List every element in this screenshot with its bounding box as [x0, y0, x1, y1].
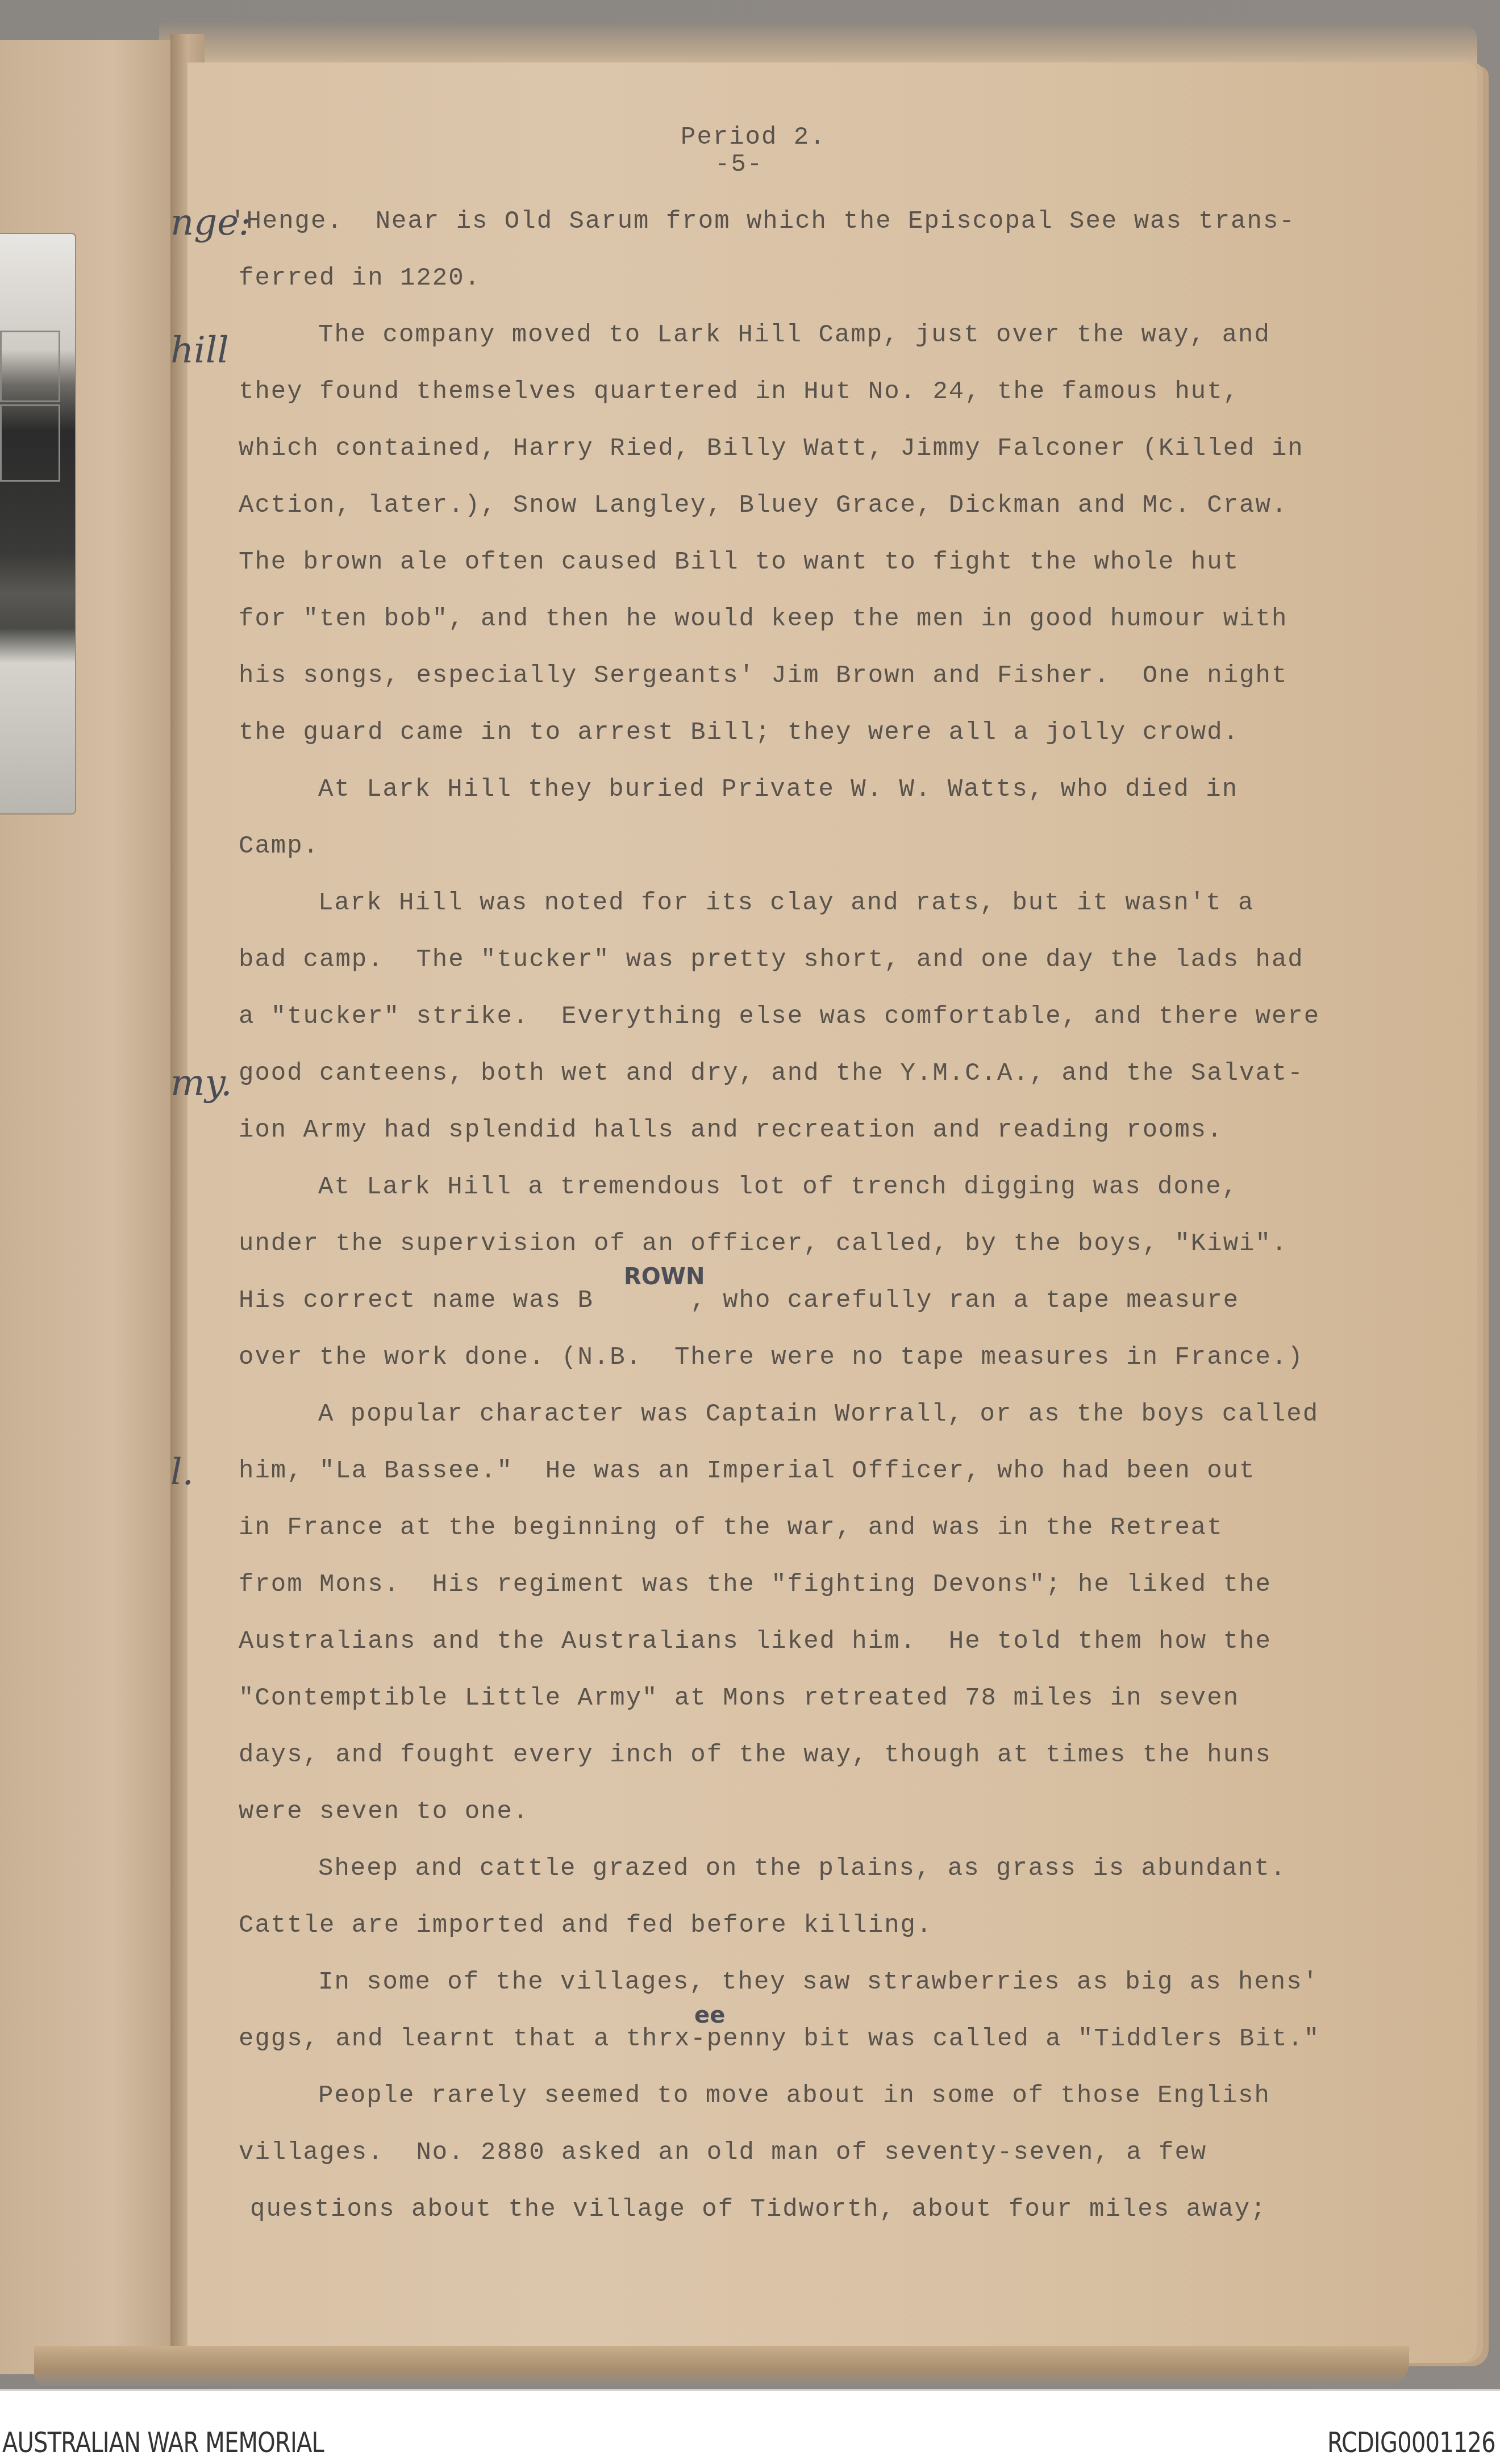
text-line: in France at the beginning of the war, a…: [239, 1515, 1223, 1540]
text-line: A popular character was Captain Worrall,…: [318, 1402, 1319, 1427]
page-heading: Period 2.: [681, 125, 826, 150]
text-line: Sheep and cattle grazed on the plains, a…: [318, 1856, 1286, 1881]
handwritten-insertion: ROWN: [624, 1264, 705, 1290]
text-line: for "ten bob", and then he would keep th…: [239, 607, 1288, 632]
text-line: ion Army had splendid halls and recreati…: [239, 1118, 1223, 1143]
caption-bar: AUSTRALIAN WAR MEMORIAL RCDIG0001126: [0, 2389, 1500, 2464]
text-line: "Contemptible Little Army" at Mons retre…: [239, 1686, 1239, 1711]
text-line: Lark Hill was noted for its clay and rat…: [318, 891, 1254, 916]
right-page: [188, 62, 1477, 2363]
text-line: bad camp. The "tucker" was pretty short,…: [239, 947, 1304, 972]
text-line: him, "La Bassee." He was an Imperial Off…: [239, 1459, 1255, 1484]
book-bottom-edge: [34, 2346, 1409, 2386]
margin-note: hill: [170, 329, 229, 371]
text-line: his songs, especially Sergeants' Jim Bro…: [239, 663, 1288, 688]
text-line: good canteens, both wet and dry, and the…: [239, 1061, 1304, 1086]
text-line: Camp.: [239, 834, 319, 859]
margin-note: my.: [170, 1062, 232, 1104]
photo-window-lower: [0, 404, 60, 482]
text-line: ferred in 1220.: [239, 266, 481, 291]
text-line: Australians and the Australians liked hi…: [239, 1629, 1272, 1654]
scanned-page-image: Period 2. -5- 'Henge. Near is Old Sarum …: [0, 0, 1500, 2389]
text-line: which contained, Harry Ried, Billy Watt,…: [239, 436, 1304, 461]
text-line: Action, later.), Snow Langley, Bluey Gra…: [239, 493, 1288, 518]
text-line: In some of the villages, they saw strawb…: [318, 1970, 1319, 1995]
margin-note: l.: [170, 1451, 194, 1493]
text-line: People rarely seemed to move about in so…: [318, 2083, 1270, 2108]
page-number: -5-: [715, 152, 763, 177]
text-line: At Lark Hill a tremendous lot of trench …: [318, 1175, 1238, 1200]
text-line: a "tucker" strike. Everything else was c…: [239, 1004, 1320, 1029]
text-line: 'Henge. Near is Old Sarum from which the…: [230, 209, 1295, 234]
text-line: they found themselves quartered in Hut N…: [239, 379, 1239, 404]
text-line: At Lark Hill they buried Private W. W. W…: [318, 777, 1238, 802]
text-line: Cattle are imported and fed before killi…: [239, 1913, 932, 1938]
institution-caption: AUSTRALIAN WAR MEMORIAL: [2, 2426, 324, 2459]
text-line: over the work done. (N.B. There were no …: [239, 1345, 1304, 1370]
text-line: villages. No. 2880 asked an old man of s…: [239, 2140, 1207, 2165]
margin-note: nge:: [170, 202, 251, 244]
text-line: days, and fought every inch of the way, …: [239, 1743, 1272, 1768]
text-line: under the supervision of an officer, cal…: [239, 1231, 1288, 1256]
text-line: questions about the village of Tidworth,…: [250, 2197, 1266, 2222]
book-top-edge: [159, 23, 1477, 68]
left-page: [0, 40, 188, 2374]
handwritten-insertion: ee: [694, 2002, 725, 2028]
text-line: The company moved to Lark Hill Camp, jus…: [318, 323, 1270, 348]
text-line: were seven to one.: [239, 1799, 529, 1824]
text-line: His correct name was B , who carefully r…: [239, 1288, 1239, 1313]
attached-photograph: [0, 233, 76, 815]
record-id-caption: RCDIG0001126: [1327, 2426, 1495, 2459]
text-line: the guard came in to arrest Bill; they w…: [239, 720, 1239, 745]
text-line: The brown ale often caused Bill to want …: [239, 550, 1239, 575]
text-line: from Mons. His regiment was the "fightin…: [239, 1572, 1272, 1597]
text-line: eggs, and learnt that a thrx-penny bit w…: [239, 2027, 1320, 2052]
photo-window-upper: [0, 331, 60, 402]
